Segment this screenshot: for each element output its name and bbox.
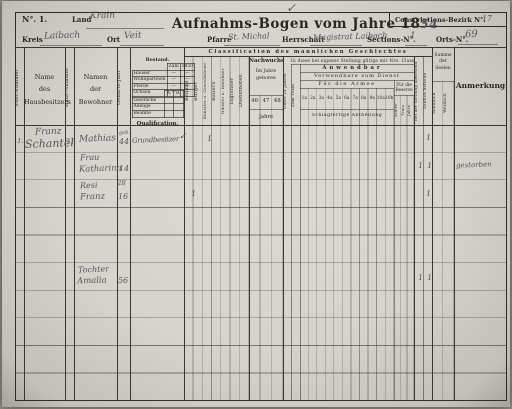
entry-resident-name: Franz: [80, 192, 105, 203]
armee-cell: 10b: [385, 96, 394, 101]
form-number: N°. 1.: [22, 14, 47, 24]
nachwuchs-title: Nachwuchs: [249, 58, 283, 64]
column-anmerkung: Anmerkung: [454, 81, 507, 90]
bestand-col-zahl: Zahl: [167, 63, 180, 70]
column-train: Zum Train: [291, 67, 300, 123]
nachwuchs-sub1: Im Jahre: [249, 69, 283, 74]
armee-cell: 2a: [309, 96, 318, 101]
check-mark-handwritten: ✓: [286, 1, 297, 15]
column-house-owner-line3: Hausbesitzers: [24, 96, 65, 108]
bestand-row-label: Häuser: [132, 70, 167, 77]
armee-cell: 9a: [368, 96, 377, 101]
armee-cell: 3a: [317, 96, 326, 101]
bestand-row-label: Wohnparteien: [132, 77, 167, 84]
nachwuchs-sub2: geboren: [249, 76, 283, 81]
reserve-col: Armee: [394, 97, 401, 123]
entry-check-mark: ✓: [179, 132, 187, 142]
entry-sum-mark: 1: [426, 189, 431, 198]
armee-cell: 1a: [300, 96, 309, 101]
grid-line: [120, 45, 164, 46]
kreis-label: Kreis: [22, 35, 43, 44]
armee-cell: 8a: [360, 96, 369, 101]
column-absent: Bei der Stellung abwesend: [414, 59, 423, 123]
page-title-printed: Aufnahms-Bogen vom Jahre 18: [172, 16, 420, 32]
summe-col: Männlich: [432, 83, 443, 123]
qualification-col-a: A.: [165, 91, 174, 98]
rot-column-label: Beamte: [185, 59, 194, 123]
bestand-value: —: [167, 83, 180, 90]
bestand-value: —: [167, 70, 180, 77]
grid-line: [454, 47, 455, 401]
nachwuchs-year: 47: [260, 98, 271, 104]
entry-house-number: 31: [65, 137, 75, 146]
grid-line: [86, 28, 164, 29]
land-label: Land: [72, 15, 91, 24]
entry-resident-name: Katharina: [79, 163, 122, 174]
column-under-14: Unter 14 Jahren: [283, 59, 291, 123]
grid-line: [310, 45, 362, 46]
paper-sheet: N°. 1. Land Krain Conscriptions-Bezirk N…: [2, 1, 510, 407]
rot-column-label: Bauern: [212, 59, 221, 123]
armee-foot: Schlagfertige Abtheilung: [300, 113, 394, 118]
nachwuchs-subcolumn-lines: [249, 95, 283, 401]
column-house-owner-line1: Name: [24, 71, 65, 83]
classification-line2: Anwendbar: [291, 65, 414, 71]
rot-column-label: Taglöhner: [230, 59, 239, 123]
rot-column-label: Bürger: [194, 59, 203, 123]
column-post-number: Post-Nummer: [15, 51, 24, 123]
column-house-owner: Name des Hausbesitzers: [24, 71, 65, 108]
entry-resident-name: Mathias: [79, 133, 116, 144]
grid-line: [458, 44, 498, 45]
entry-birth-note: geb.: [119, 130, 130, 136]
qualification-row-label: Geistliche: [132, 97, 165, 104]
scanned-conscription-form: N°. 1. Land Krain Conscriptions-Bezirk N…: [0, 0, 512, 409]
armee-cell: 4a: [326, 96, 335, 101]
entry-row-number: 1.: [17, 137, 24, 145]
classification-line3: Verwendbare zum Dienst: [300, 73, 414, 79]
entry-resident-name: Amalia: [77, 275, 107, 286]
column-house-owner-line2: des: [24, 83, 65, 95]
qualification-col-b: B.: [174, 91, 183, 98]
orts-label: Orts-N°.: [436, 35, 468, 44]
grid-line: [40, 45, 102, 46]
title-year-handwritten: 54: [420, 17, 438, 31]
qualification-row-label: Adelige: [132, 104, 165, 111]
entry-relation: Frau: [80, 153, 100, 163]
column-freed: Zeitlich Befreite: [423, 59, 432, 123]
classification-line1: In diese bei eigener Stellung giltige mi…: [291, 58, 414, 63]
sections-value-handwritten: 1: [410, 31, 416, 41]
ort-label: Ort: [107, 35, 120, 44]
armee-title: Für die Armee: [300, 81, 394, 87]
summe-col: Weiblich: [443, 83, 454, 123]
orts-value-handwritten: 69: [465, 29, 478, 40]
entry-remark: gestorben: [456, 160, 492, 169]
pfarre-value-handwritten: St. Michal: [228, 31, 270, 41]
rot-column-label: Dienstboten: [239, 59, 248, 123]
entry-occupation: Grundbesitzer: [132, 135, 179, 145]
entry-birth-year: 56: [118, 276, 128, 285]
bestand-row-label: Pferde: [132, 83, 167, 90]
reserve-title: Für die Reserve: [394, 82, 414, 93]
entry-sum-mark: 1: [426, 133, 431, 142]
entry-tally-mark: 1: [207, 134, 212, 143]
sections-label: Sections-N°.: [367, 35, 416, 44]
qualification-row-label: Beamte: [132, 110, 165, 117]
nachwuchs-year: 46: [249, 98, 260, 104]
armee-cell: 7a: [351, 96, 360, 101]
nachwuchs-foot: Jahre: [249, 114, 283, 120]
entry-tally-mark: 1: [191, 189, 196, 198]
reserve-subcolumn-lines: [394, 95, 414, 401]
armee-cell: 5a: [334, 96, 343, 101]
summe-subcolumn-lines: [432, 81, 454, 401]
armee-subcolumn-lines: [300, 88, 394, 401]
entry-sum-mark: 1: [418, 273, 423, 282]
rot-column-label: Häusler u. Inwohner: [221, 59, 230, 123]
summe-title: Summe der Seelen: [432, 53, 454, 72]
column-birth-year: Geburts-Jahr: [117, 51, 130, 123]
ort-value-handwritten: Veit: [124, 31, 142, 42]
conscription-district-value-handwritten: 17: [482, 14, 492, 23]
bestand-value: —: [167, 77, 180, 84]
grid-line: [15, 47, 507, 48]
qualification-grid: A.B. Geistliche Adelige Beamte: [132, 90, 184, 118]
land-value-handwritten: Krain: [90, 11, 115, 22]
nachwuchs-year: 48: [272, 98, 283, 104]
column-residents-line1: Namen: [74, 71, 117, 83]
armee-cell: 6a: [343, 96, 352, 101]
entry-relation: Tochter: [78, 264, 109, 274]
column-house-number: Haus-Nummer: [65, 51, 74, 123]
column-residents: Namen der Bewohner: [74, 71, 117, 108]
column-residents-line3: Bewohner: [74, 96, 117, 108]
entry-sum-mark: 1: [418, 161, 423, 170]
classification-title: Classification des männlichen Geschlecht…: [184, 49, 432, 55]
grid-line: [405, 45, 427, 46]
grid-line: [224, 45, 280, 46]
entry-sum-mark: 1: [427, 273, 432, 282]
armee-cell: 10a: [377, 96, 386, 101]
rot-column-label: Künstler u. Gewerbsleute: [203, 59, 212, 123]
qualification-table: A.B. Geistliche Adelige Beamte Qualifica…: [132, 90, 184, 127]
entry-sum-mark: 1: [427, 161, 432, 170]
entry-birth-year: 16: [118, 192, 128, 201]
kreis-value-handwritten: Laibach: [44, 30, 81, 41]
column-residents-line2: der: [74, 83, 117, 95]
entry-birth-year: 28: [117, 179, 126, 187]
qualification-label: Qualification.: [132, 121, 184, 128]
entry-birth-year: 14: [119, 164, 129, 173]
entry-resident-name: Resi: [80, 181, 98, 191]
page-title: Aufnahms-Bogen vom Jahre 1854: [172, 16, 438, 32]
entry-birth-year: 44: [119, 137, 129, 146]
reserve-col: Jahre: [407, 97, 414, 123]
